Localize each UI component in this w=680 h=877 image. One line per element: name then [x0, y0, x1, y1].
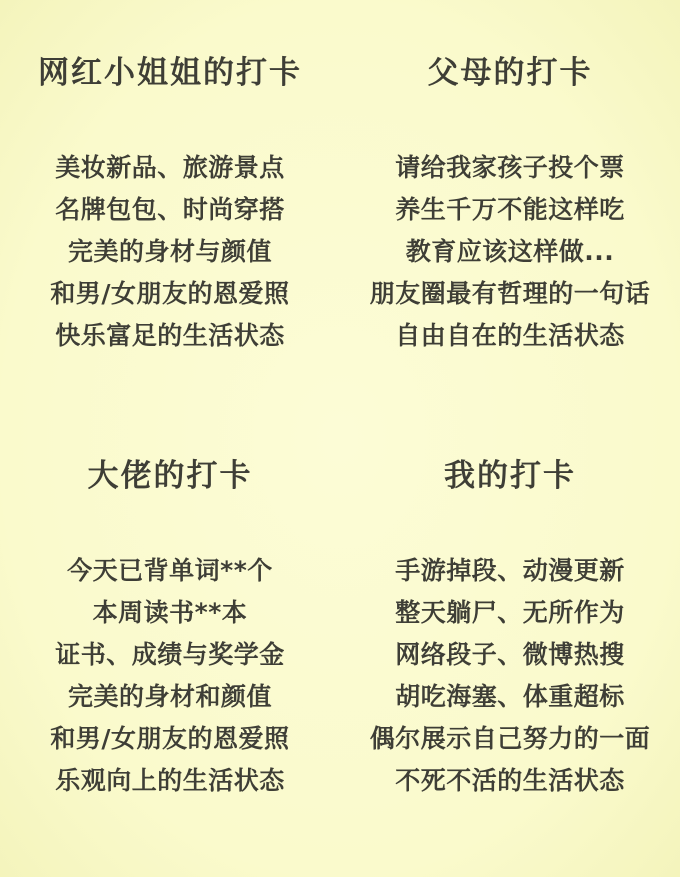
checkin-meme-poster: 网红小姐姐的打卡 美妆新品、旅游景点 名牌包包、时尚穿搭 完美的身材与颜值 和男…	[0, 0, 680, 877]
checkin-item: 今天已背单词**个	[50, 550, 289, 592]
checkin-item: 朋友圈最有哲理的一句话	[370, 273, 651, 315]
quadrant-title-parents: 父母的打卡	[428, 55, 593, 91]
checkin-item: 整天躺尸、无所作为	[370, 592, 651, 634]
checkin-item: 偶尔展示自己努力的一面	[370, 718, 651, 760]
checkin-item: 和男/女朋友的恩爱照	[50, 273, 289, 315]
quadrant-bigshot: 大佬的打卡 今天已背单词**个 本周读书**本 证书、成绩与奖学金 完美的身材和…	[0, 435, 340, 877]
checkin-item: 完美的身材与颜值	[50, 231, 289, 273]
checkin-list-parents: 请给我家孩子投个票 养生千万不能这样吃 教育应该这样做... 朋友圈最有哲理的一…	[370, 147, 651, 357]
checkin-item: 胡吃海塞、体重超标	[370, 676, 651, 718]
quadrant-me: 我的打卡 手游掉段、动漫更新 整天躺尸、无所作为 网络段子、微博热搜 胡吃海塞、…	[340, 435, 680, 877]
checkin-item: 证书、成绩与奖学金	[50, 634, 289, 676]
checkin-item: 乐观向上的生活状态	[50, 760, 289, 802]
checkin-item: 本周读书**本	[50, 592, 289, 634]
checkin-item: 养生千万不能这样吃	[370, 189, 651, 231]
checkin-item: 不死不活的生活状态	[370, 760, 651, 802]
checkin-list-bigshot: 今天已背单词**个 本周读书**本 证书、成绩与奖学金 完美的身材和颜值 和男/…	[50, 550, 289, 802]
checkin-list-me: 手游掉段、动漫更新 整天躺尸、无所作为 网络段子、微博热搜 胡吃海塞、体重超标 …	[370, 550, 651, 802]
checkin-item: 网络段子、微博热搜	[370, 634, 651, 676]
quadrant-title-bigshot: 大佬的打卡	[88, 458, 253, 494]
checkin-item: 名牌包包、时尚穿搭	[50, 189, 289, 231]
quadrant-title-me: 我的打卡	[444, 458, 576, 494]
checkin-item: 和男/女朋友的恩爱照	[50, 718, 289, 760]
checkin-list-influencer: 美妆新品、旅游景点 名牌包包、时尚穿搭 完美的身材与颜值 和男/女朋友的恩爱照 …	[50, 147, 289, 357]
quadrant-parents: 父母的打卡 请给我家孩子投个票 养生千万不能这样吃 教育应该这样做... 朋友圈…	[340, 0, 680, 435]
checkin-item: 美妆新品、旅游景点	[50, 147, 289, 189]
checkin-item: 教育应该这样做...	[370, 231, 651, 273]
checkin-item: 请给我家孩子投个票	[370, 147, 651, 189]
checkin-item: 自由自在的生活状态	[370, 315, 651, 357]
checkin-item: 手游掉段、动漫更新	[370, 550, 651, 592]
quadrant-title-influencer: 网红小姐姐的打卡	[38, 55, 302, 91]
quadrant-influencer: 网红小姐姐的打卡 美妆新品、旅游景点 名牌包包、时尚穿搭 完美的身材与颜值 和男…	[0, 0, 340, 435]
checkin-item: 完美的身材和颜值	[50, 676, 289, 718]
checkin-item: 快乐富足的生活状态	[50, 315, 289, 357]
